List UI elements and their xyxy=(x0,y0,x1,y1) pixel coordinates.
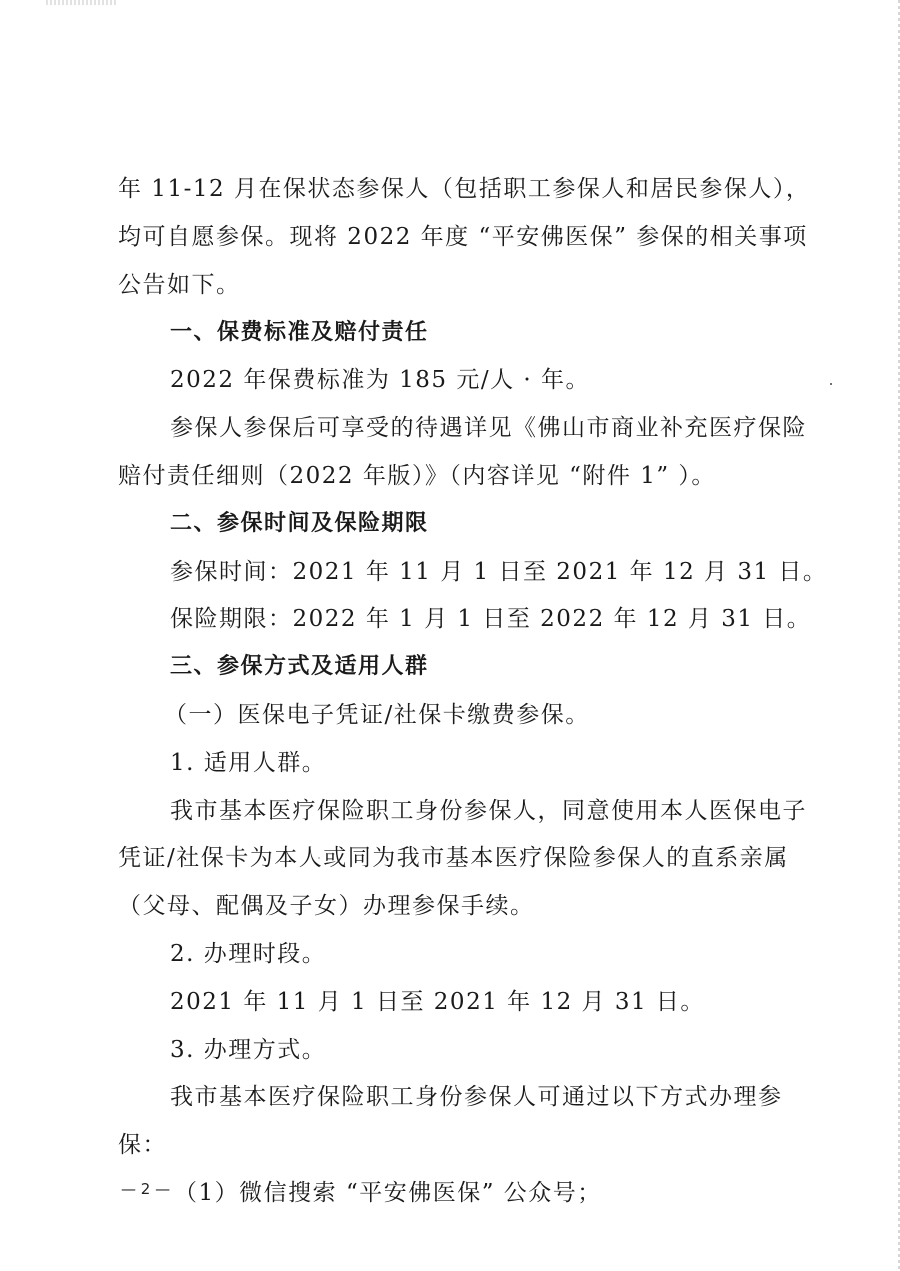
premium-text: 2022 年保费标准为 185 元/人 · 年。 xyxy=(170,365,590,395)
paragraph-line: 公告如下。 xyxy=(118,270,241,300)
paragraph-line: 参保人参保后可享受的待遇详见《佛山市商业补充医疗保险 xyxy=(170,413,790,443)
paragraph-line: 保： xyxy=(118,1130,167,1160)
scan-artifact-top xyxy=(46,0,118,5)
subsection-heading: （一）医保电子凭证/社保卡缴费参保。 xyxy=(164,700,590,730)
item-heading: 2. 办理时段。 xyxy=(170,939,326,969)
paragraph-line: 我市基本医疗保险职工身份参保人，同意使用本人医保电子 xyxy=(170,796,790,826)
paragraph-line: 年 11-12 月在保状态参保人（包括职工参保人和居民参保人）， xyxy=(118,174,790,204)
section-heading: 三、参保方式及适用人群 xyxy=(170,652,429,682)
item-heading: 1. 适用人群。 xyxy=(170,748,326,778)
period-text: 2021 年 11 月 1 日至 2021 年 12 月 31 日。 xyxy=(170,987,705,1017)
section-heading: 一、保费标准及赔付责任 xyxy=(170,318,429,348)
paragraph-line: 凭证/社保卡为本人或同为我市基本医疗保险参保人的直系亲属 xyxy=(118,843,790,873)
item-heading: 3. 办理方式。 xyxy=(170,1035,326,1065)
section-heading: 二、参保时间及保险期限 xyxy=(170,509,429,539)
paragraph-line: （父母、配偶及子女）办理参保手续。 xyxy=(118,891,535,921)
paragraph-line: 赔付责任细则（2022 年版）》（内容详见 “附件 1” ）。 xyxy=(118,461,716,491)
scan-speck xyxy=(830,383,832,385)
paragraph-line: 我市基本医疗保险职工身份参保人可通过以下方式办理参 xyxy=(170,1082,780,1112)
page-number: — 2 — xyxy=(121,1180,170,1198)
method-item: （1）微信搜索 “平安佛医保” 公众号； xyxy=(174,1178,602,1208)
paragraph-line: 均可自愿参保。现将 2022 年度 “平安佛医保” 参保的相关事项 xyxy=(118,222,790,252)
coverage-period-text: 保险期限：2022 年 1 月 1 日至 2022 年 12 月 31 日。 xyxy=(170,604,811,634)
enroll-time-text: 参保时间：2021 年 11 月 1 日至 2021 年 12 月 31 日。 xyxy=(170,557,827,587)
